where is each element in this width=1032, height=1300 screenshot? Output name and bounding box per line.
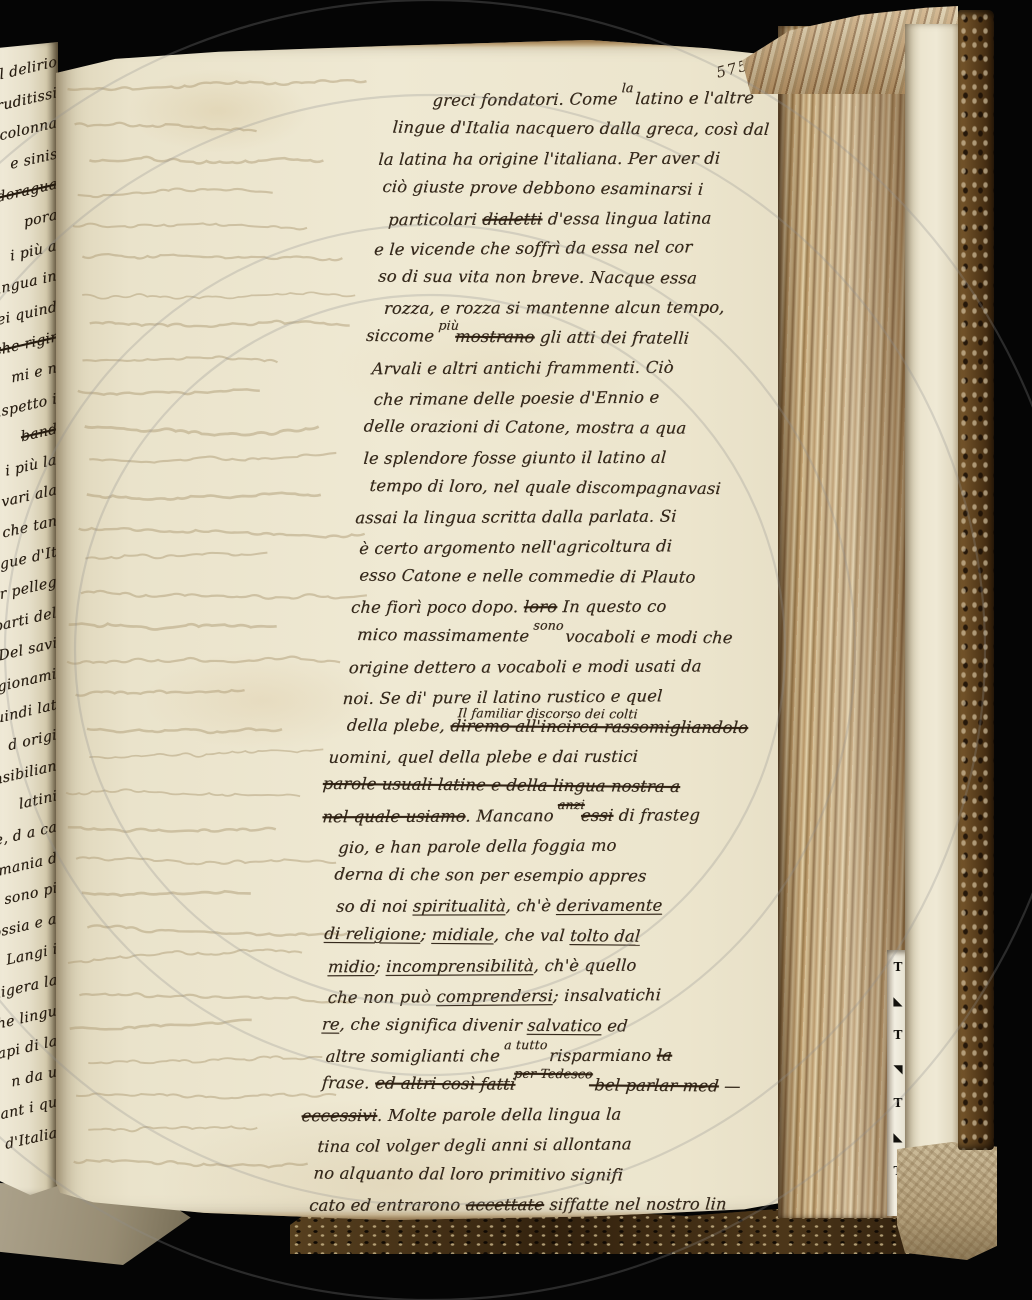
ink-text: , che significa divenir bbox=[339, 1014, 528, 1034]
ink-text: che rimane delle poesie d'Ennio e bbox=[373, 387, 660, 408]
margin-fragment: dei quind bbox=[0, 299, 58, 331]
ink-text: le splendore fosse giunto il latino al bbox=[363, 447, 667, 467]
ink-text: In questo co bbox=[557, 597, 668, 616]
inserted-word: anzi bbox=[557, 790, 586, 820]
ink-text: , ch'è quello bbox=[533, 955, 637, 975]
ink-text: derivamente bbox=[556, 896, 663, 915]
ink-text: mico massimamente bbox=[356, 625, 535, 646]
margin-fragment: latini bbox=[18, 788, 58, 813]
ink-text: Arvali e altri antichi frammenti. Ciò bbox=[371, 358, 674, 379]
manuscript-line: gio, e han parole della foggia mo bbox=[337, 829, 809, 863]
ink-text: derna di che son per esempio appres bbox=[334, 865, 648, 886]
ink-text: no alquanto dal loro primitivo signifi bbox=[313, 1164, 624, 1185]
manuscript-line: le splendore fosse giunto il latino al bbox=[363, 442, 837, 474]
ink-text: incomprensibilità bbox=[386, 956, 535, 976]
inserted-word: per Tedesco bbox=[513, 1059, 594, 1090]
manuscript-line: mico massimamente sono vocaboli e modi c… bbox=[356, 620, 824, 654]
ink-text: greci fondatori. Come bbox=[432, 89, 624, 110]
margin-fragment: Langi i bbox=[5, 941, 58, 969]
manuscript-line: origine dettero a vocaboli e modi usati … bbox=[348, 651, 822, 683]
manuscript-line: midio; incomprensibilità, ch'è quello bbox=[327, 950, 801, 982]
manuscript-line: frase. ed altri così fattiper Tedesco be… bbox=[321, 1068, 793, 1102]
ink-text: che non può bbox=[327, 987, 437, 1007]
ink-text: particolari bbox=[388, 209, 483, 228]
ink-text: re bbox=[321, 1014, 340, 1033]
struck-word: accettate bbox=[465, 1195, 545, 1214]
margin-fragment: doragua bbox=[0, 176, 58, 206]
ink-text: vocaboli e modi che bbox=[559, 627, 733, 648]
ink-text: è certo argomento nell'agricoltura di bbox=[359, 537, 673, 559]
ink-text: altre somiglianti che bbox=[325, 1046, 506, 1066]
ink-text: di frasteg bbox=[613, 806, 701, 825]
margin-fragment: emania d bbox=[0, 850, 58, 882]
margin-fragment: i d'Italia bbox=[0, 1125, 58, 1155]
manuscript-line: esso Catone e nelle commedie di Plauto bbox=[358, 561, 828, 594]
margin-fragment: e, d a ca bbox=[0, 819, 58, 849]
margin-fragment: i più a bbox=[10, 238, 58, 265]
ink-text: siffatte nel nostro lin bbox=[543, 1194, 727, 1214]
manuscript-line: siccome piùmostrano gli atti dei fratell… bbox=[365, 321, 845, 355]
manuscript-line: nel quale usiamo. Mancano anziessi di fr… bbox=[321, 800, 811, 832]
margin-fragment: band bbox=[20, 421, 58, 445]
margin-fragment: Del savi bbox=[0, 635, 58, 665]
margin-fragment: lingua in bbox=[0, 268, 58, 299]
ink-text: so di sua vita non breve. Nacque essa bbox=[378, 267, 698, 288]
ink-text: d'essa lingua latina bbox=[542, 208, 712, 228]
margin-fragment: ver pelleg bbox=[0, 574, 58, 607]
cover-board bbox=[958, 10, 994, 1150]
inserted-word: la bbox=[621, 73, 635, 103]
ink-text: ; insalvatichi bbox=[553, 985, 662, 1005]
manuscript-line: derna di che son per esempio appres bbox=[333, 860, 807, 893]
ink-text: uomini, quel della plebe e dai rustici bbox=[328, 746, 639, 766]
ink-text: lingue d'Italia nacquero dalla greca, co… bbox=[392, 117, 770, 138]
ink-text: — bbox=[718, 1077, 741, 1096]
margin-fragment: ragionami bbox=[0, 666, 58, 699]
ink-text: gli atti dei fratelli bbox=[534, 328, 690, 348]
ink-text: tolto dal bbox=[569, 926, 641, 946]
margin-fragment: parti del bbox=[0, 605, 58, 636]
manuscript-line: delle orazioni di Catone, mostra a qua bbox=[363, 411, 839, 444]
ink-text: . Mancano bbox=[465, 806, 560, 825]
ink-text: latino e l'altre bbox=[629, 88, 754, 108]
endpaper-edge bbox=[905, 24, 962, 1240]
facing-page-edge: l delirioeruditissicolonnae sinisdoragua… bbox=[0, 42, 58, 1195]
ink-text: assai la lingua scritta dalla parlata. S… bbox=[355, 507, 677, 528]
manuscript-line: so di noi spiritualità, ch'è derivamente bbox=[335, 890, 805, 922]
struck-word: eccessivi bbox=[301, 1106, 378, 1125]
ink-text: midiale bbox=[431, 925, 495, 945]
margin-fragment: ingue d'It bbox=[0, 544, 58, 576]
cover-board-bottom bbox=[897, 1142, 997, 1260]
ink-text: di religione bbox=[324, 924, 422, 944]
manuscript-line: che non può comprendersi; insalvatichi bbox=[327, 979, 799, 1013]
inserted-word: sono bbox=[532, 611, 565, 641]
manuscript-line: eccessivi. Molte parole della lingua la bbox=[301, 1099, 791, 1131]
manuscript-page: 575 greci fondatori. Come la latino e l'… bbox=[56, 40, 796, 1220]
ink-text: siccome bbox=[365, 326, 440, 346]
margin-fragment: ngapi di la bbox=[0, 1033, 58, 1067]
struck-word: bel parlar med bbox=[588, 1076, 719, 1096]
margin-fragment: colonna bbox=[0, 115, 58, 144]
margin-fragment: Rispetto i bbox=[0, 391, 58, 423]
struck-word: parole usuali latine e della lingua nost… bbox=[322, 774, 681, 796]
margin-fragment: vari ala bbox=[1, 482, 58, 511]
margin-fragment: che rigir bbox=[0, 329, 58, 360]
manuscript-line: Arvali e altri antichi frammenti. Ciò bbox=[371, 352, 843, 384]
margin-fragment: n da u bbox=[10, 1064, 58, 1091]
margin-fragment: nigera la bbox=[0, 972, 58, 1003]
margin-fragment: d origi bbox=[7, 727, 58, 754]
manuscript-line: re, che significa divenir salvatico ed bbox=[321, 1009, 797, 1042]
manuscript-line: uomini, quel della plebe e dai rustici bbox=[328, 741, 816, 773]
ink-text: e le vicende che soffrì da essa nel cor bbox=[374, 238, 693, 260]
ink-text: della plebe, bbox=[346, 715, 451, 735]
manuscript-line: assai la lingua scritta dalla parlata. S… bbox=[354, 501, 832, 533]
margin-fragment: l delirio bbox=[0, 54, 58, 83]
ink-text: spiritualità bbox=[412, 896, 506, 915]
struck-word: mostrano bbox=[454, 327, 535, 347]
margin-fragment: ansibilian bbox=[0, 758, 58, 791]
struck-word: dialetti bbox=[482, 209, 543, 228]
ink-text: midio bbox=[327, 957, 375, 976]
ink-text: cato ed entrarono bbox=[309, 1195, 467, 1215]
ink-text: rozza, e rozza si mantenne alcun tempo, bbox=[383, 298, 725, 318]
margin-fragment: mi e n bbox=[10, 360, 58, 387]
margin-fragment: che tan bbox=[1, 513, 58, 542]
ink-text: esso Catone e nelle commedie di Plauto bbox=[359, 566, 697, 587]
ink-text: ed bbox=[601, 1016, 628, 1035]
struck-word: essi bbox=[580, 806, 614, 825]
struck-word: ed altri così fatti bbox=[374, 1074, 516, 1094]
manuscript-line: di religione; midiale, che val tolto dal bbox=[323, 919, 803, 953]
margin-fragment: i più la bbox=[5, 452, 58, 480]
margin-fragment: ant i qu bbox=[0, 1094, 58, 1123]
ink-text: comprendersi bbox=[436, 986, 554, 1006]
inserted-word: più bbox=[437, 311, 460, 341]
manuscript-line: è certo argomento nell'agricoltura di bbox=[358, 530, 830, 564]
margin-fragment: quindi lat bbox=[0, 697, 58, 729]
ink-text: gio, e han parole della foggia mo bbox=[338, 836, 617, 857]
ink-text: che fiorì poco dopo. bbox=[350, 597, 524, 617]
manuscript-photo: T◣T◥T◣T l delirioeruditissicolonnae sini… bbox=[0, 0, 1032, 1300]
manuscript-line: che fiorì poco dopo. loro In questo co bbox=[350, 591, 826, 623]
ink-text: , ch'è bbox=[505, 896, 557, 915]
margin-fragment: ossia e a bbox=[0, 911, 58, 942]
margin-fragment: sono pi bbox=[3, 880, 58, 908]
inserted-word: Il familiar discorso dei colti bbox=[457, 698, 639, 729]
ink-text: la latina ha origine l'italiana. Per ave… bbox=[378, 148, 721, 168]
struck-word: la bbox=[656, 1045, 673, 1064]
ink-text: ciò giuste prove debbono esaminarsi i bbox=[382, 177, 704, 199]
manuscript-line: no alquanto dal loro primitivo signifi bbox=[312, 1159, 786, 1192]
margin-fragment: iche lingu bbox=[0, 1003, 58, 1036]
manuscript-line: tina col volger degli anni si allontana bbox=[316, 1128, 788, 1162]
manuscript-line: che rimane delle poesie d'Ennio e bbox=[373, 381, 841, 415]
ink-text: origine dettero a vocaboli e modi usati … bbox=[348, 656, 702, 677]
ink-text: tempo di loro, nel quale discompagnavasi bbox=[369, 476, 722, 498]
manuscript-line: tempo di loro, nel quale discompagnavasi bbox=[368, 471, 834, 505]
ink-text: so di noi bbox=[336, 897, 414, 916]
ink-text: tina col volger degli anni si allontana bbox=[317, 1134, 633, 1156]
ink-text: delle orazioni di Catone, mostra a qua bbox=[363, 416, 687, 437]
margin-fragment: eruditissi bbox=[0, 85, 58, 117]
margin-fragment: e sinis bbox=[9, 146, 58, 173]
ink-text: . Molte parole della lingua la bbox=[377, 1105, 622, 1125]
inserted-word: a tutto bbox=[503, 1030, 548, 1060]
struck-word: nel quale usiamo bbox=[322, 807, 466, 827]
manuscript-line: della plebe, Il familiar discorso dei co… bbox=[346, 710, 818, 743]
ink-text: , che val bbox=[493, 925, 571, 945]
ink-text: frase. bbox=[321, 1073, 376, 1092]
margin-fragment: pora bbox=[22, 207, 58, 231]
